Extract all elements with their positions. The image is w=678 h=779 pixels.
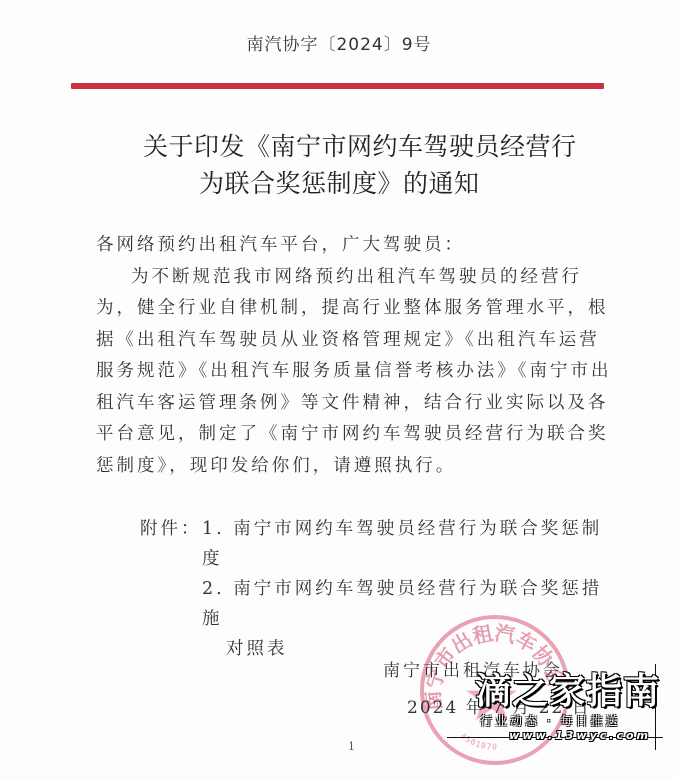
red-header-rule <box>71 83 604 89</box>
document-title: 关于印发《南宁市网约车驾驶员经营行 为联合奖惩制度》的通知 <box>143 128 613 202</box>
document-page: 南汽协字〔2024〕9号 关于印发《南宁市网约车驾驶员经营行 为联合奖惩制度》的… <box>0 0 678 779</box>
document-body: 各网络预约出租汽车平台，广大驾驶员： 为不断规范我市网络预约出租汽车驾驶员的经营… <box>96 230 616 482</box>
watermark-url: www.13wyc.com <box>475 729 675 742</box>
watermark: 滴之家指南 行业动态 · 每日推送 www.13wyc.com <box>475 672 675 742</box>
watermark-subtitle: 行业动态 · 每日推送 <box>475 712 675 729</box>
attachments-label: 附件： <box>140 514 202 574</box>
title-line-1: 关于印发《南宁市网约车驾驶员经营行 <box>143 132 577 161</box>
title-line-2: 为联合奖惩制度》的通知 <box>143 165 613 202</box>
document-number: 南汽协字〔2024〕9号 <box>0 30 678 55</box>
watermark-title: 滴之家指南 <box>475 672 675 712</box>
body-paragraph: 为不断规范我市网络预约出租汽车驾驶员的经营行为，健全行业自律机制，提高行业整体服… <box>96 262 616 483</box>
salutation: 各网络预约出租汽车平台，广大驾驶员： <box>96 230 616 262</box>
page-number: 1 <box>348 740 355 753</box>
attachment-item: 1. 南宁市网约车驾驶员经营行为联合奖惩制度 <box>202 514 610 574</box>
